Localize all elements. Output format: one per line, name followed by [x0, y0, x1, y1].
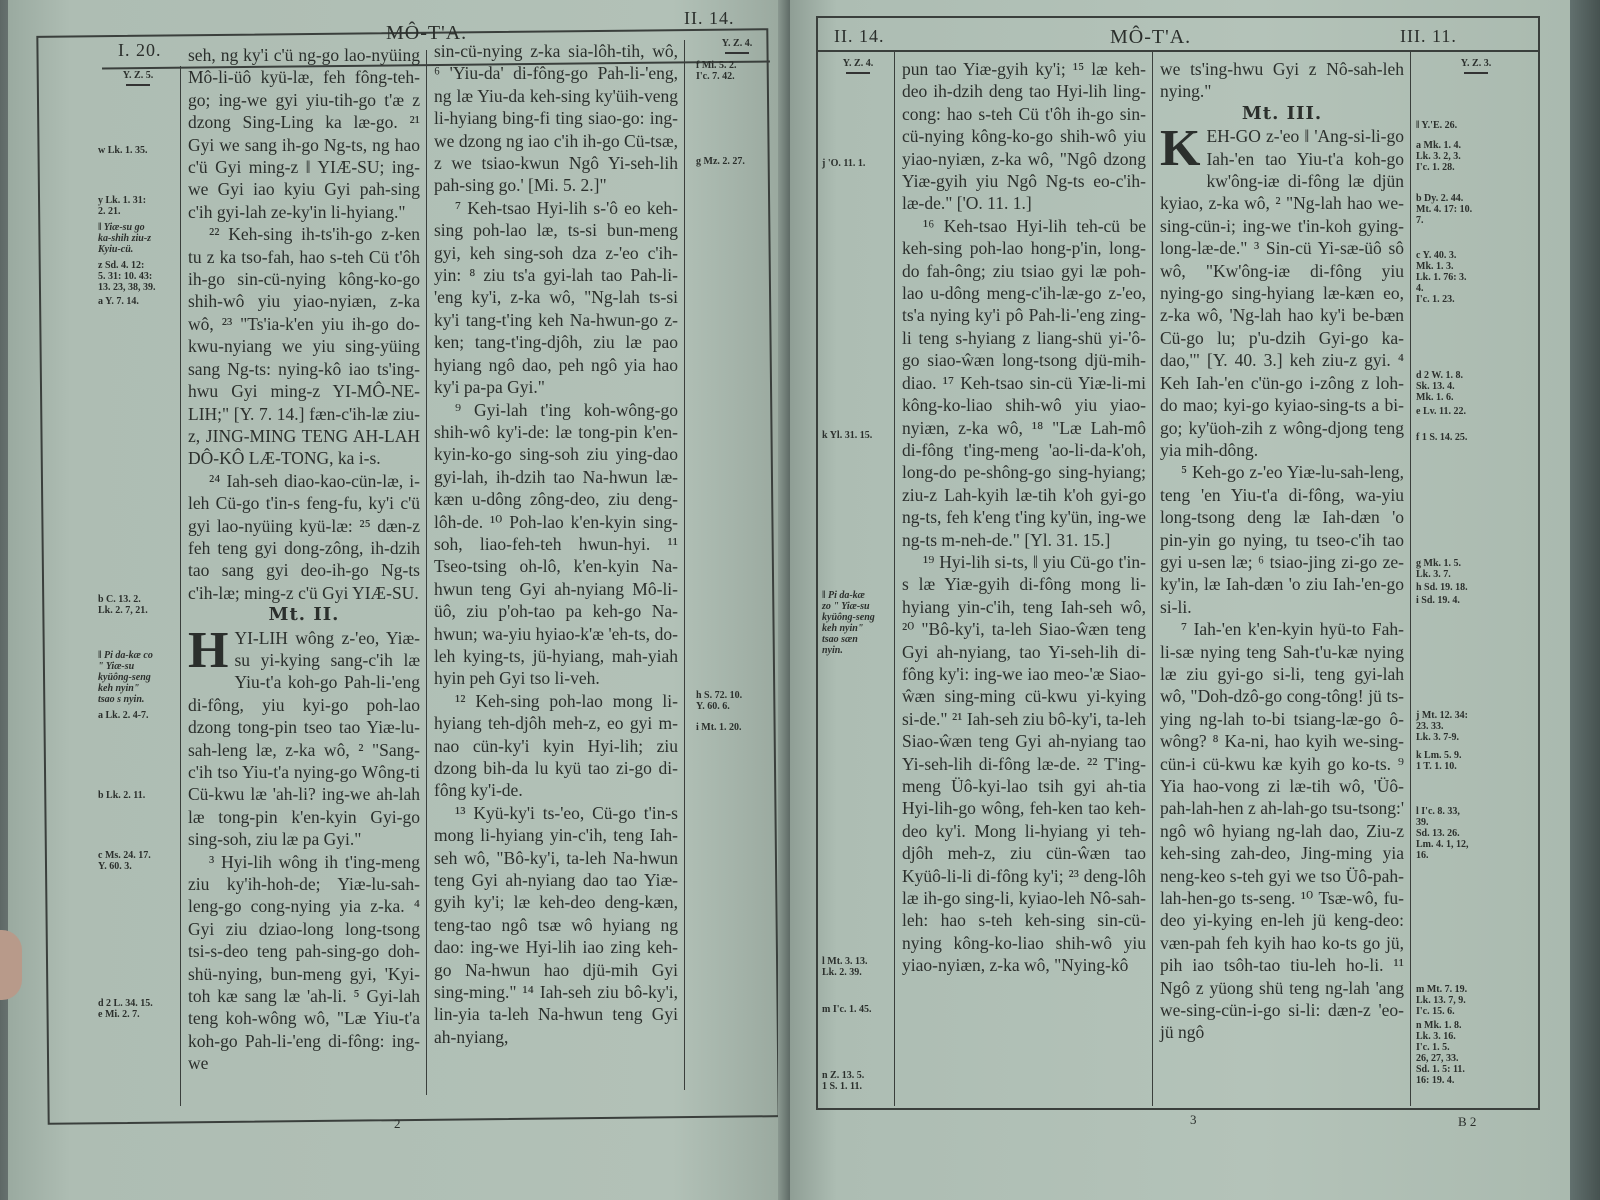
margin-note: i Mt. 1. 20. — [696, 722, 742, 733]
verse-paragraph: sin-cü-nying z-ka sia-lôh-tih, wô, ⁶ 'Yi… — [434, 40, 678, 197]
verse-paragraph: seh, ng ky'i c'ü ng-go lao-nyüing Mô-li-… — [188, 44, 420, 223]
verse-paragraph: ¹⁹ Hyi-lih si-ts, ‖ yiu Cü-go t'in-s læ … — [902, 551, 1146, 977]
margin-note: k Lm. 5. 9. 1 T. 1. 10. — [1416, 750, 1462, 772]
margin-note: ‖ Yiæ-su go ka-shih ziu-z Kyiu-cü. — [98, 222, 151, 255]
left-page-column-2: sin-cü-nying z-ka sia-lôh-tih, wô, ⁶ 'Yi… — [434, 40, 678, 1048]
left-page-column-1: seh, ng ky'i c'ü ng-go lao-nyüing Mô-li-… — [188, 44, 420, 1075]
header-left-ref: I. 20. — [118, 40, 162, 61]
margin-note: b Lk. 2. 11. — [98, 790, 145, 801]
margin-heading: Y. Z. 5. — [98, 70, 178, 86]
right-page-column-2: we ts'ing-hwu Gyi z Nô-sah-leh nying." M… — [1160, 58, 1404, 1044]
margin-note: k Yl. 31. 15. — [822, 430, 872, 441]
margin-note: y Lk. 1. 31: 2. 21. — [98, 195, 146, 217]
margin-note: h Sd. 19. 18. — [1416, 582, 1468, 593]
margin-note: g Mz. 2. 27. — [696, 156, 745, 167]
margin-note: c Ms. 24. 17. Y. 60. 3. — [98, 850, 151, 872]
right-margin-refs: Y. Z. 4. f Mi. 5. 2. I'c. 7. 42. g Mz. 2… — [696, 38, 778, 1038]
header-right-ref: III. 11. — [1400, 26, 1457, 47]
margin-heading: Y. Z. 3. — [1416, 58, 1536, 74]
header-right-ref: II. 14. — [684, 8, 735, 29]
margin-note: m Mt. 7. 19. Lk. 13. 7, 9. I'c. 15. 6. — [1416, 984, 1467, 1017]
margin-note: a Y. 7. 14. — [98, 296, 139, 307]
drop-cap: K — [1160, 127, 1200, 171]
verse-paragraph: ⁵ Keh-go z-'eo Yiæ-lu-sah-leng, teng 'en… — [1160, 461, 1404, 618]
margin-note: n Z. 13. 5. 1 S. 1. 11. — [822, 1070, 864, 1092]
verse-paragraph: ¹⁶ Keh-tsao Hyi-lih teh-cü be keh-sing p… — [902, 215, 1146, 551]
left-margin-refs: Y. Z. 4. j 'O. 11. 1. k Yl. 31. 15. ‖ Pi… — [822, 58, 894, 1098]
column-rule — [1410, 52, 1411, 1106]
verse-paragraph: ⁷ Keh-tsao Hyi-lih s-'ô eo keh-sing poh-… — [434, 197, 678, 399]
verse-paragraph: pun tao Yiæ-gyih ky'i; ¹⁵ læ keh-deo ih-… — [902, 58, 1146, 215]
margin-note: z Sd. 4. 12: 5. 31: 10. 43: 13. 23, 38, … — [98, 260, 156, 293]
column-rule — [684, 40, 685, 1090]
margin-note: b C. 13. 2. Lk. 2. 7, 21. — [98, 594, 148, 616]
margin-note: f 1 S. 14. 25. — [1416, 432, 1467, 443]
verse-paragraph: ¹² Keh-sing poh-lao mong li-hyiang teh-d… — [434, 690, 678, 802]
margin-note: ‖ Y.'E. 26. — [1416, 120, 1457, 131]
margin-note: l I'c. 8. 33, 39. Sd. 13. 26. Lm. 4. 1, … — [1416, 806, 1469, 861]
margin-note: e Lv. 11. 22. — [1416, 406, 1466, 417]
margin-note: a Lk. 2. 4-7. — [98, 710, 149, 721]
right-margin-refs: Y. Z. 3. ‖ Y.'E. 26. a Mk. 1. 4. Lk. 3. … — [1416, 58, 1536, 1098]
margin-note: ‖ Pi da-kæ zo " Yiæ-su kyüông-seng keh n… — [822, 590, 875, 656]
margin-note: i Sd. 19. 4. — [1416, 595, 1460, 606]
margin-note: g Mk. 1. 5. Lk. 3. 7. — [1416, 558, 1461, 580]
column-rule — [894, 52, 895, 1106]
margin-note: n Mk. 1. 8. Lk. 3. 16. I'c. 1. 5. 26, 27… — [1416, 1020, 1465, 1086]
column-rule — [426, 50, 427, 1095]
verse-paragraph: ⁷ Iah-'en k'en-kyin hyü-to Fah-li-sæ nyi… — [1160, 618, 1404, 1044]
margin-note: d 2 W. 1. 8. Sk. 13. 4. Mk. 1. 6. — [1416, 370, 1463, 403]
margin-note: l Mt. 3. 13. Lk. 2. 39. — [822, 956, 868, 978]
thumb — [0, 930, 22, 1000]
verse-paragraph: ³ Hyi-lih wông ih t'ing-meng ziu ky'ih-h… — [188, 851, 420, 1075]
margin-note: c Y. 40. 3. Mk. 1. 3. Lk. 1. 76: 3. 4. I… — [1416, 250, 1467, 305]
right-page: MÔ-T'A. II. 14. III. 11. Y. Z. 4. j 'O. … — [790, 0, 1570, 1200]
left-margin-refs: Y. Z. 5. w Lk. 1. 35. y Lk. 1. 31: 2. 21… — [98, 70, 178, 1070]
margin-heading: Y. Z. 4. — [696, 38, 778, 54]
header-left-ref: II. 14. — [834, 26, 885, 47]
left-page: MÔ-T'A. II. 14. I. 20. Y. Z. 5. w Lk. 1.… — [8, 0, 790, 1200]
margin-note: a Mk. 1. 4. Lk. 3. 2, 3. I'c. 1. 28. — [1416, 140, 1461, 173]
verse-paragraph: ⁹ Gyi-lah t'ing koh-wông-go shih-wô ky'i… — [434, 399, 678, 690]
column-rule — [180, 66, 181, 1106]
margin-note: m I'c. 1. 45. — [822, 1004, 871, 1015]
page-number: 3 — [1190, 1112, 1197, 1128]
running-title: MÔ-T'A. — [1110, 26, 1191, 49]
verse-paragraph: ²⁴ Iah-seh diao-kao-cün-læ, i-leh Cü-go … — [188, 470, 420, 604]
drop-cap: H — [188, 629, 228, 673]
right-page-column-1: pun tao Yiæ-gyih ky'i; ¹⁵ læ keh-deo ih-… — [902, 58, 1146, 977]
margin-heading: Y. Z. 4. — [822, 58, 894, 74]
margin-note: ‖ Pi da-kæ co " Yiæ-su kyüông-seng keh n… — [98, 650, 153, 705]
header-rule — [816, 50, 1538, 52]
margin-note: j Mt. 12. 34: 23. 33. Lk. 3. 7-9. — [1416, 710, 1468, 743]
signature-mark: B 2 — [1458, 1114, 1476, 1130]
margin-note: d 2 L. 34. 15. e Mi. 2. 7. — [98, 998, 153, 1020]
margin-note: h S. 72. 10. Y. 60. 6. — [696, 690, 742, 712]
margin-note: j 'O. 11. 1. — [822, 158, 865, 169]
margin-note: b Dy. 2. 44. Mt. 4. 17: 10. 7. — [1416, 193, 1472, 226]
page-number: 2 — [394, 1116, 401, 1132]
verse-paragraph: ¹³ Kyü-ky'i ts-'eo, Cü-go t'in-s mong li… — [434, 802, 678, 1048]
margin-note: f Mi. 5. 2. I'c. 7. 42. — [696, 60, 737, 82]
column-rule — [1152, 52, 1153, 1106]
verse-paragraph: we ts'ing-hwu Gyi z Nô-sah-leh nying." — [1160, 58, 1404, 103]
verse-paragraph: ²² Keh-sing ih-ts'ih-go z-ken tu z ka ts… — [188, 223, 420, 469]
margin-note: w Lk. 1. 35. — [98, 145, 147, 156]
